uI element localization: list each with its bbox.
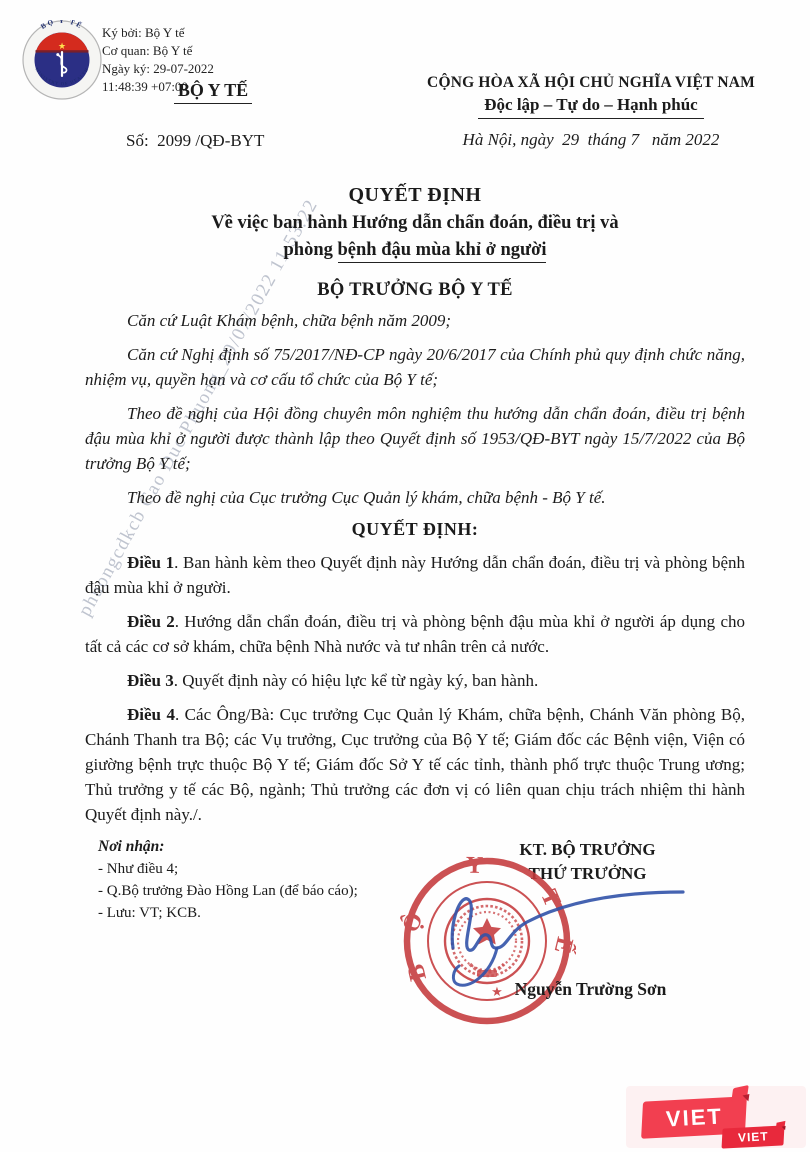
decision-title: QUYẾT ĐỊNH [85, 184, 745, 207]
preamble-paragraph: Theo đề nghị của Cục trưởng Cục Quản lý … [85, 485, 745, 510]
recipient-item: - Như điều 4; [98, 858, 418, 880]
national-motto-line2: Độc lập – Tự do – Hạnh phúc [478, 95, 703, 119]
decision-heading: QUYẾT ĐỊNH: [85, 519, 745, 540]
national-header: CỘNG HÒA XÃ HỘI CHỦ NGHĨA VIỆT NAM Độc l… [386, 74, 796, 150]
subtitle-line1: Về việc ban hành Hướng dẫn chẩn đoán, đi… [211, 213, 618, 233]
document-body: Căn cứ Luật Khám bệnh, chữa bệnh năm 200… [85, 308, 745, 836]
recipient-item: - Lưu: VT; KCB. [98, 902, 418, 924]
signer-name: Nguyễn Trường Sơn [423, 979, 758, 1000]
article-2-label: Điều 2 [127, 612, 175, 631]
issuer-title: BỘ TRƯỞNG BỘ Y TẾ [85, 280, 745, 301]
recipients-title: Nơi nhận: [98, 836, 418, 858]
org-name: BỘ Y TẾ [174, 80, 252, 104]
preamble-paragraph: Căn cứ Nghị định số 75/2017/NĐ-CP ngày 2… [85, 342, 745, 392]
recipients-block: Nơi nhận: - Như điều 4; - Q.Bộ trưởng Đà… [98, 836, 418, 924]
preamble-paragraph: Theo đề nghị của Hội đồng chuyên môn ngh… [85, 401, 745, 476]
decision-title-block: QUYẾT ĐỊNH Về việc ban hành Hướng dẫn ch… [85, 184, 745, 301]
article-1-body: . Ban hành kèm theo Quyết định này Hướng… [85, 553, 745, 597]
issuing-org-header: BỘ Y TẾ [118, 80, 308, 104]
ministry-of-health-logo-icon: ★ BỘ Y TẾ MINISTRY OF HEALTH [22, 20, 102, 100]
article-4-body: . Các Ông/Bà: Cục trưởng Cục Quản lý Khá… [85, 705, 745, 824]
viet-badge-small-flap [776, 1121, 786, 1130]
viet-badge-large-label: VIET [665, 1103, 723, 1132]
viet-badge-small-label: VIET [737, 1129, 768, 1145]
article-3-label: Điều 3 [127, 671, 174, 690]
agency-line: Cơ quan: Bộ Y tế [102, 42, 214, 60]
decision-subtitle: Về việc ban hành Hướng dẫn chẩn đoán, đi… [85, 210, 745, 264]
article-1-label: Điều 1 [127, 553, 174, 572]
article-4-label: Điều 4 [127, 705, 175, 724]
article-1: Điều 1. Ban hành kèm theo Quyết định này… [85, 550, 745, 600]
document-number: Số: 2099 /QĐ-BYT [126, 131, 264, 151]
subtitle-line2-prefix: phòng [284, 240, 338, 260]
place-and-date: Hà Nội, ngày 29 tháng 7 năm 2022 [386, 130, 796, 150]
article-3-body: . Quyết định này có hiệu lực kể từ ngày … [174, 671, 538, 690]
viet-badge-large-flap [731, 1085, 749, 1102]
article-4: Điều 4. Các Ông/Bà: Cục trưởng Cục Quản … [85, 702, 745, 827]
sign-date-line: Ngày ký: 29-07-2022 [102, 60, 214, 78]
signed-by-line: Ký bởi: Bộ Y tế [102, 24, 214, 42]
logo-star-icon: ★ [58, 41, 66, 51]
article-2-body: . Hướng dẫn chẩn đoán, điều trị và phòng… [85, 612, 745, 656]
document-page: phuongcdkcb Cao Duc Phuong_29/07/2022 11… [0, 0, 810, 1152]
national-motto-line1: CỘNG HÒA XÃ HỘI CHỦ NGHĨA VIỆT NAM [386, 74, 796, 92]
article-3: Điều 3. Quyết định này có hiệu lực kể từ… [85, 668, 745, 693]
viet-watermark-badge: VIET VIET [626, 1086, 806, 1148]
subtitle-line2-underlined: bệnh đậu mùa khỉ ở người [338, 240, 547, 263]
preamble-paragraph: Căn cứ Luật Khám bệnh, chữa bệnh năm 200… [85, 308, 745, 333]
article-2: Điều 2. Hướng dẫn chẩn đoán, điều trị và… [85, 609, 745, 659]
recipient-item: - Q.Bộ trưởng Đào Hồng Lan (để báo cáo); [98, 880, 418, 902]
